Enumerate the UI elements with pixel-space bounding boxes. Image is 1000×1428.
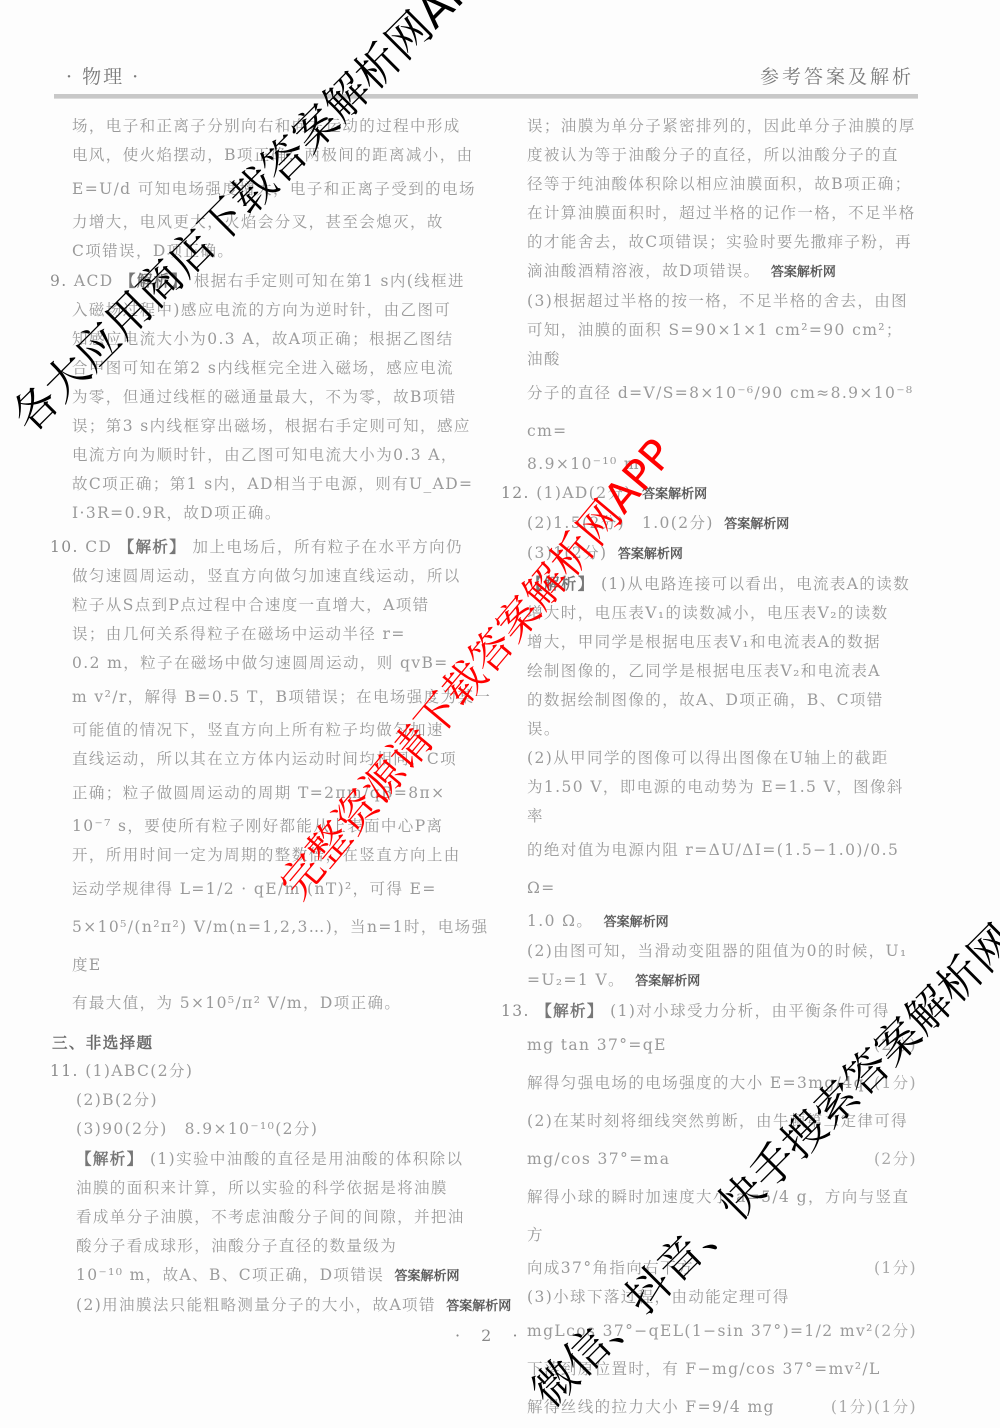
question-number: 10. xyxy=(50,538,79,556)
analysis-label: 【解析】 xyxy=(527,574,595,593)
text-line: 误；第3 s内线框穿出磁场，根据右手定则可知，感应 xyxy=(72,412,502,441)
text-line: 为零，但通过线框的磁通量最大，不为零，故B项错 xyxy=(72,383,502,412)
analysis-label: 【解析】 xyxy=(119,537,187,556)
text-line: =U₂=1 V。 xyxy=(527,971,625,989)
question-number: 11. xyxy=(50,1062,79,1080)
text-line: 入磁场过程中)感应电流的方向为逆时针，由乙图可 xyxy=(72,296,502,325)
question-answer: (1)ABC(2分) xyxy=(85,1062,193,1080)
question-number: 12. xyxy=(501,484,530,502)
score-label: (1分) xyxy=(874,1254,917,1283)
source-tag: 答案解析网 xyxy=(635,974,700,989)
text-line: C项错误，D项正确。 xyxy=(72,237,502,266)
text-line: 10⁻¹⁰ m，故A、B、C项正确，D项错误 xyxy=(76,1266,384,1284)
text-line: 5×10⁵/(n²π²) V/m(n=1,2,3…)，当n=1时，电场强度E xyxy=(72,908,502,984)
text-line: (2)用油膜法只能粗略测量分子的大小，故A项错 xyxy=(76,1296,436,1314)
text-line: 10⁻⁷ s，要使所有粒子刚好都能从上表面中心P离 xyxy=(72,812,502,841)
text-line: (1)从电路连接可以看出，电流表A的读数 xyxy=(601,575,910,593)
question-12: 12. (1)AD(2分) 答案解析网 (2)1.5(2分) 1.0(2分) 答… xyxy=(501,479,917,996)
text-line: 径等于纯油酸体积除以相应油膜面积，故B项正确； xyxy=(527,170,917,199)
source-tag: 答案解析网 xyxy=(618,547,683,562)
analysis-label: 【解析】 xyxy=(536,1001,604,1020)
text-line: 合甲图可知在第2 s内线框完全进入磁场，感应电流 xyxy=(72,354,502,383)
text-line: 做匀速圆周运动，竖直方向做匀加速直线运动，所以 xyxy=(72,562,502,591)
analysis-label: 【解析】 xyxy=(76,1149,144,1168)
text-line: 0.2 m，粒子在磁场中做匀速圆周运动，则 qvB= xyxy=(72,649,502,678)
question-9: 9. ACD 【解析】 根据右手定则可知在第1 s内(线框进 入磁场过程中)感应… xyxy=(50,266,502,528)
text-line: 运动学规律得 L=1/2 · qE/m (nT)²，可得 E= xyxy=(72,870,502,908)
header-title: 参考答案及解析 xyxy=(760,62,914,89)
text-line: 1.0 Ω。 xyxy=(527,912,593,930)
text-line: 根据右手定则可知在第1 s内(线框进 xyxy=(194,272,465,290)
text-line: 看成单分子油膜，不考虑油酸分子间的间隙，并把油 xyxy=(76,1203,502,1232)
text-line: 增大，甲同学是根据电压表V₁和电流表A的数据 xyxy=(527,628,917,657)
question-answer: CD xyxy=(85,538,112,556)
text-line: 滴油酸酒精溶液，故D项错误。 xyxy=(527,262,761,280)
text-line: (1)实验中油酸的直径是用油酸的体积除以 xyxy=(150,1150,463,1168)
text-line: (2)在某时刻将细线突然剪断，由牛顿第二定律可得 xyxy=(527,1112,908,1130)
text-line: 粒子从S点到P点过程中合速度一直增大，A项错 xyxy=(72,591,502,620)
text-line: 的数据绘制图像的，故A、D项正确，B、C项错误。 xyxy=(527,686,917,744)
source-tag: 答案解析网 xyxy=(724,517,789,532)
text-line: (2)从甲同学的图像可以得出图像在U轴上的截距 xyxy=(527,744,917,773)
text-line: 开，所用时间一定为周期的整数倍，在竖直方向上由 xyxy=(72,841,502,870)
text-line: 绘制图像的，乙同学是根据电压表V₂和电流表A xyxy=(527,657,917,686)
text-line: 8.9×10⁻¹⁰ m。 xyxy=(527,450,917,479)
text-line: 在计算油膜面积时，超过半格的记作一格，不足半格 xyxy=(527,199,917,228)
text-line: E=U/d 可知电场强度增大，电子和正离子受到的电场 xyxy=(72,170,502,208)
formula-line: 解得匀强电场的电场强度的大小 E=3mg/4q xyxy=(527,1074,865,1092)
text-line: 知感应电流大小为0.3 A，故A项正确；根据乙图结 xyxy=(72,325,502,354)
question-answer: (3)90(2分) 8.9×10⁻¹⁰(2分) xyxy=(76,1115,502,1144)
question-answer: (2)1.5(2分) 1.0(2分) xyxy=(527,514,714,532)
text-line: 度被认为等于油酸分子的直径，所以油酸分子的直 xyxy=(527,141,917,170)
text-line: (1)对小球受力分析，由平衡条件可得 xyxy=(610,1002,890,1020)
source-tag: 答案解析网 xyxy=(771,265,836,280)
question-answer: (3)1(2分) xyxy=(527,544,607,562)
text-line: 有最大值，为 5×10⁵/π² V/m，D项正确。 xyxy=(72,984,502,1022)
text-line: 可知，油膜的面积 S=90×1×1 cm²=90 cm²；油酸 xyxy=(527,316,917,374)
question-10: 10. CD 【解析】 加上电场后，所有粒子在水平方向仍 做匀速圆周运动，竖直方… xyxy=(50,532,502,1022)
question-answer: (2)B(2分) xyxy=(76,1086,502,1115)
text-line: (3)小球下落过程，由动能定理可得 xyxy=(527,1288,790,1306)
question-13: 13. 【解析】 (1)对小球受力分析，由平衡条件可得 mg tan 37°=q… xyxy=(501,996,917,1426)
text-line: 力增大，电风更大，火焰会分叉，甚至会熄灭，故 xyxy=(72,208,502,237)
formula-line: mg tan 37°=qE xyxy=(527,1036,667,1054)
source-tag: 答案解析网 xyxy=(394,1269,459,1284)
question-number: 9. xyxy=(50,272,68,290)
text-line: 误；由几何关系得粒子在磁场中运动半径 r= xyxy=(72,620,502,649)
text-line: 油膜的面积来计算，所以实验的科学依据是将油膜 xyxy=(76,1174,502,1203)
text-line: 正确；粒子做圆周运动的周期 T=2πm/qB=8π× xyxy=(72,774,502,812)
analysis-label: 【解析】 xyxy=(120,271,188,290)
text-line: m v²/r，解得 B=0.5 T，B项错误；在电场强度为某一 xyxy=(72,678,502,716)
text-line: 解得小球的瞬时加速度大小 a=5/4 g，方向与竖直方 xyxy=(527,1188,909,1244)
score-label: (2分) xyxy=(874,1140,917,1178)
question-answer: (1)AD(2分) xyxy=(536,484,632,502)
score-label: (1分) xyxy=(874,1388,917,1426)
text-line: 向成37°角指向右下方 xyxy=(527,1259,694,1277)
text-line: 加上电场后，所有粒子在水平方向仍 xyxy=(193,538,463,556)
score-label: (2分) xyxy=(874,1312,917,1350)
left-column: 场，电子和正离子分别向右和向左运动的过程中形成 电风，使火焰摆动，B项正确；两极… xyxy=(72,112,502,1321)
source-tag: 答案解析网 xyxy=(642,487,707,502)
header-divider xyxy=(54,94,918,99)
score-label: (2分) xyxy=(874,1026,917,1064)
text-line: 直线运动，所以其在立方体内运动时间均相同，C项 xyxy=(72,745,502,774)
score-label: (1分) xyxy=(874,1064,917,1102)
text-line: 电风，使火焰摆动，B项正确；两极间的距离减小，由 xyxy=(72,141,502,170)
text-line: 可能值的情况下，竖直方向上所有粒子均做匀加速 xyxy=(72,716,502,745)
text-line: 分子的直径 d=V/S=8×10⁻⁶/90 cm≈8.9×10⁻⁸ cm= xyxy=(527,374,917,450)
text-line: 的绝对值为电源内阻 r=ΔU/ΔI=(1.5−1.0)/0.5 Ω= xyxy=(527,831,917,907)
text-line: 的才能舍去，故C项错误；实验时要先撒痱子粉，再 xyxy=(527,228,917,257)
page-number: · 2 · xyxy=(455,1326,526,1345)
source-tag: 答案解析网 xyxy=(604,915,669,930)
text-line: 故C项正确；第1 s内，AD相当于电源，则有U_AD= xyxy=(72,470,502,499)
text-line: I·3R=0.9R，故D项正确。 xyxy=(72,499,502,528)
text-line: 增大时，电压表V₁的读数减小，电压表V₂的读数 xyxy=(527,599,917,628)
question-11: 11. (1)ABC(2分) (2)B(2分) (3)90(2分) 8.9×10… xyxy=(50,1057,502,1321)
score-label: (1分) xyxy=(831,1388,874,1426)
question-answer: ACD xyxy=(74,272,114,290)
text-line: 为1.50 V，即电源的电动势为 E=1.5 V，图像斜率 xyxy=(527,773,917,831)
formula-line: 下落到原位置时，有 F−mg/cos 37°=mv²/L xyxy=(527,1360,881,1378)
text-line: 误；油膜为单分子紧密排列的，因此单分子油膜的厚 xyxy=(527,112,917,141)
text-line: 电流方向为顺时针，由乙图可知电流大小为0.3 A， xyxy=(72,441,502,470)
formula-line: mg/cos 37°=ma xyxy=(527,1150,670,1168)
question-number: 13. xyxy=(501,1002,530,1020)
text-line: (3)根据超过半格的按一格，不足半格的舍去，由图 xyxy=(527,287,917,316)
text-line: 场，电子和正离子分别向右和向左运动的过程中形成 xyxy=(72,112,502,141)
section-title: 三、非选择题 xyxy=(52,1028,502,1057)
right-column: 误；油膜为单分子紧密排列的，因此单分子油膜的厚 度被认为等于油酸分子的直径，所以… xyxy=(527,112,917,1426)
formula-line: mgLcos 37°−qEL(1−sin 37°)=1/2 mv² xyxy=(527,1322,874,1340)
text-line: 酸分子看成球形，油酸分子直径的数量级为 xyxy=(76,1232,502,1261)
header-subject: · 物理 · xyxy=(66,62,140,89)
text-line: (2)由图可知，当滑动变阻器的阻值为0的时候，U₁ xyxy=(527,937,917,966)
formula-line: 解得丝线的拉力大小 F=9/4 mg xyxy=(527,1398,775,1416)
